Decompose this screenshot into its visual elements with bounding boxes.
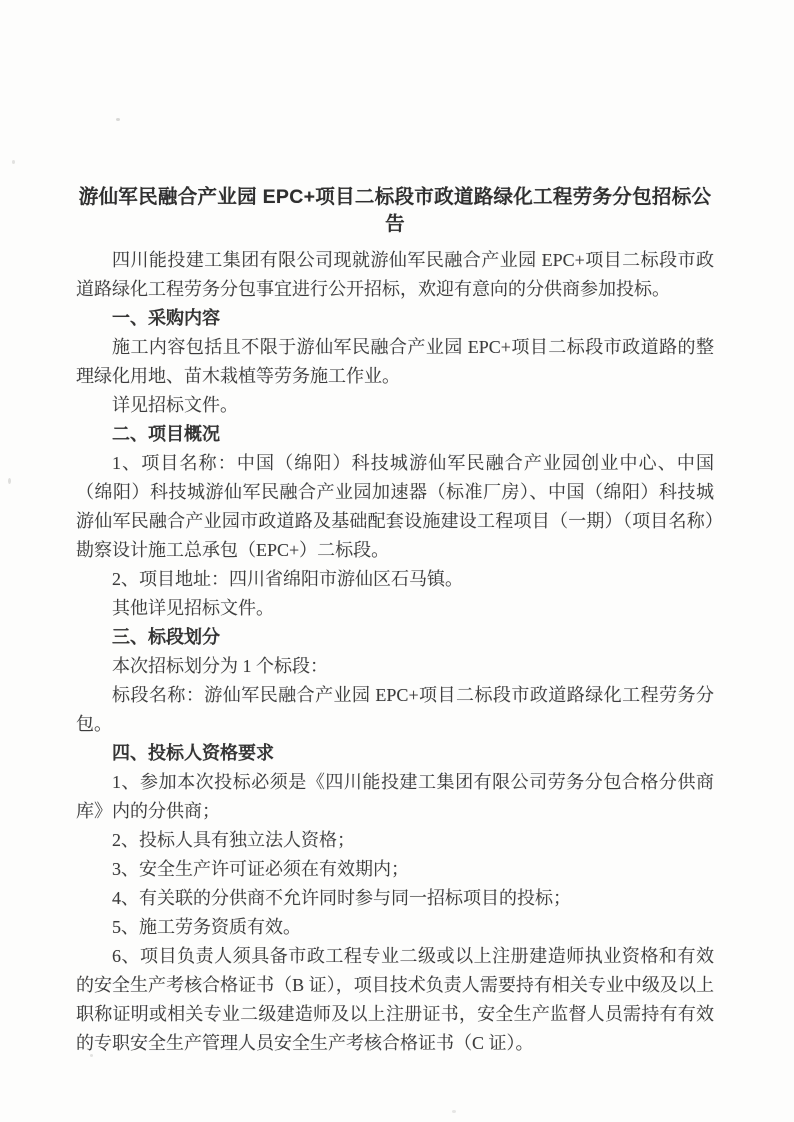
scan-speckle (116, 118, 120, 121)
body-paragraph: 2、项目地址：四川省绵阳市游仙区石马镇。 (76, 565, 714, 594)
body-paragraph: 2、投标人具有独立法人资格； (76, 826, 714, 855)
section-heading: 三、标段划分 (76, 623, 714, 652)
body-paragraph: 4、有关联的分供商不允许同时参与同一招标项目的投标； (76, 884, 714, 913)
body-paragraph: 3、安全生产许可证必须在有效期内； (76, 855, 714, 884)
scan-speckle (8, 478, 11, 484)
scan-speckle (452, 1110, 456, 1113)
section-heading: 一、采购内容 (76, 304, 714, 333)
document-body: 四川能投建工集团有限公司现就游仙军民融合产业园 EPC+项目二标段市政道路绿化工… (76, 246, 714, 1058)
body-paragraph: 施工内容包括且不限于游仙军民融合产业园 EPC+项目二标段市政道路的整理绿化用地… (76, 333, 714, 391)
body-paragraph: 1、项目名称：中国（绵阳）科技城游仙军民融合产业园创业中心、中国（绵阳）科技城游… (76, 449, 714, 565)
scan-speckle (12, 160, 15, 164)
body-paragraph: 详见招标文件。 (76, 391, 714, 420)
body-paragraph: 6、项目负责人须具备市政工程专业二级或以上注册建造师执业资格和有效的安全生产考核… (76, 942, 714, 1058)
body-paragraph: 标段名称：游仙军民融合产业园 EPC+项目二标段市政道路绿化工程劳务分包。 (76, 681, 714, 739)
body-paragraph: 1、参加本次投标必须是《四川能投建工集团有限公司劳务分包合格分供商库》内的分供商… (76, 768, 714, 826)
section-heading: 四、投标人资格要求 (76, 739, 714, 768)
body-paragraph: 5、施工劳务资质有效。 (76, 913, 714, 942)
section-heading: 二、项目概况 (76, 420, 714, 449)
body-paragraph: 本次招标划分为 1 个标段： (76, 652, 714, 681)
body-paragraph: 四川能投建工集团有限公司现就游仙军民融合产业园 EPC+项目二标段市政道路绿化工… (76, 246, 714, 304)
document-content: 游仙军民融合产业园 EPC+项目二标段市政道路绿化工程劳务分包招标公告 四川能投… (76, 184, 714, 1058)
document-title: 游仙军民融合产业园 EPC+项目二标段市政道路绿化工程劳务分包招标公告 (76, 184, 714, 238)
body-paragraph: 其他详见招标文件。 (76, 594, 714, 623)
scanned-document-page: 游仙军民融合产业园 EPC+项目二标段市政道路绿化工程劳务分包招标公告 四川能投… (0, 0, 794, 1122)
